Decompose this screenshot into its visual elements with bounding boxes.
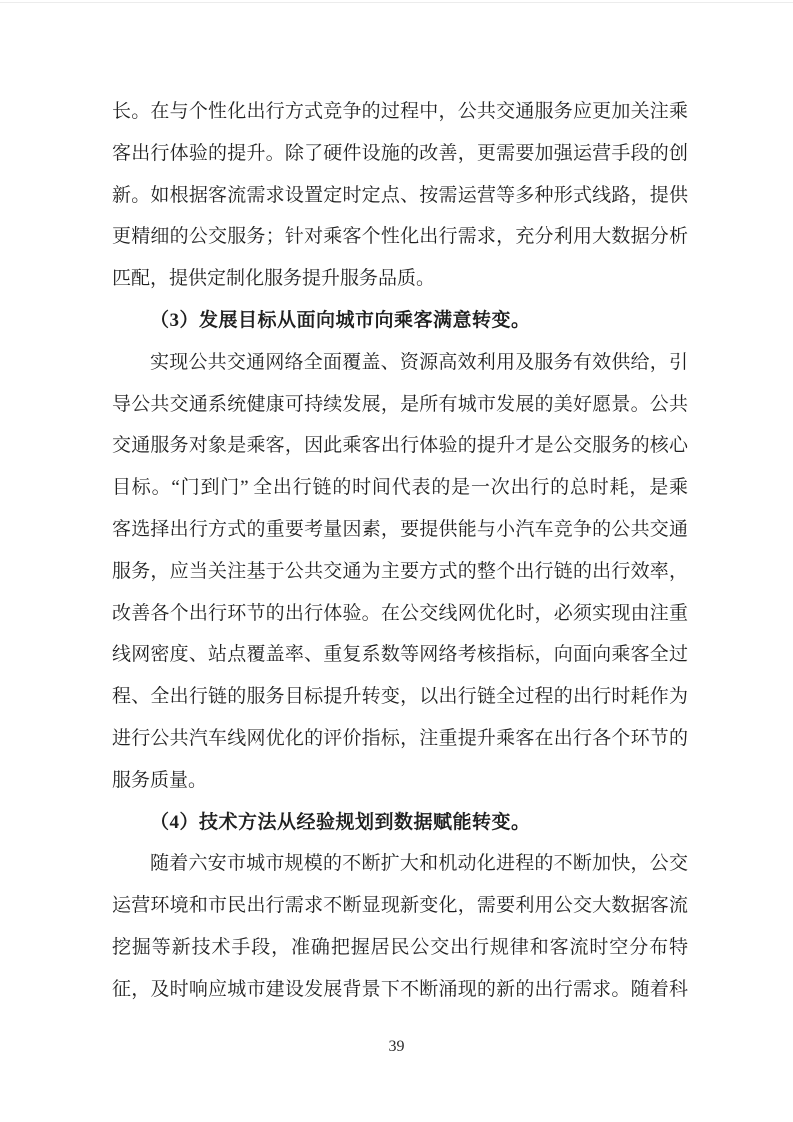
text-line: 交通服务对象是乘客，因此乘客出行体验的提升才是公交服务的核心 (112, 425, 688, 467)
text-line: 挖掘等新技术手段，准确把握居民公交出行规律和客流时空分布特 (112, 927, 688, 969)
text-line: 实现公共交通网络全面覆盖、资源高效利用及服务有效供给，引 (112, 342, 688, 384)
page-body-text: 长。在与个性化出行方式竞争的过程中，公共交通服务应更加关注乘 客出行体验的提升。… (112, 91, 688, 1011)
text-line: 匹配，提供定制化服务提升服务品质。 (112, 258, 688, 300)
text-line: 进行公共汽车线网优化的评价指标，注重提升乘客在出行各个环节的 (112, 718, 688, 760)
text-line: 更精细的公交服务；针对乘客个性化出行需求，充分利用大数据分析 (112, 216, 688, 258)
text-line: 改善各个出行环节的出行体验。在公交线网优化时，必须实现由注重 (112, 593, 688, 635)
text-line: 运营环境和市民出行需求不断显现新变化，需要利用公交大数据客流 (112, 885, 688, 927)
scan-artifact-line (0, 2, 793, 3)
text-line: 程、全出行链的服务目标提升转变，以出行链全过程的出行时耗作为 (112, 676, 688, 718)
text-line: 服务，应当关注基于公共交通为主要方式的整个出行链的出行效率， (112, 551, 688, 593)
text-line: 随着六安市城市规模的不断扩大和机动化进程的不断加快，公交 (112, 843, 688, 885)
text-line: 客出行体验的提升。除了硬件设施的改善，更需要加强运营手段的创 (112, 133, 688, 175)
text-line: 导公共交通系统健康可持续发展，是所有城市发展的美好愿景。公共 (112, 384, 688, 426)
page-number: 39 (0, 1036, 793, 1058)
heading-3: （3）发展目标从面向城市向乘客满意转变。 (112, 300, 688, 342)
text-line: 长。在与个性化出行方式竞争的过程中，公共交通服务应更加关注乘 (112, 91, 688, 133)
document-page: 长。在与个性化出行方式竞争的过程中，公共交通服务应更加关注乘 客出行体验的提升。… (0, 0, 793, 1122)
text-line: 征，及时响应城市建设发展背景下不断涌现的新的出行需求。随着科 (112, 969, 688, 1011)
text-line: 服务质量。 (112, 760, 688, 802)
text-line: 新。如根据客流需求设置定时定点、按需运营等多种形式线路，提供 (112, 175, 688, 217)
text-line: 客选择出行方式的重要考量因素，要提供能与小汽车竞争的公共交通 (112, 509, 688, 551)
heading-4: （4）技术方法从经验规划到数据赋能转变。 (112, 802, 688, 844)
text-line: 线网密度、站点覆盖率、重复系数等网络考核指标，向面向乘客全过 (112, 634, 688, 676)
text-line: 目标。“门到门” 全出行链的时间代表的是一次出行的总时耗，是乘 (112, 467, 688, 509)
